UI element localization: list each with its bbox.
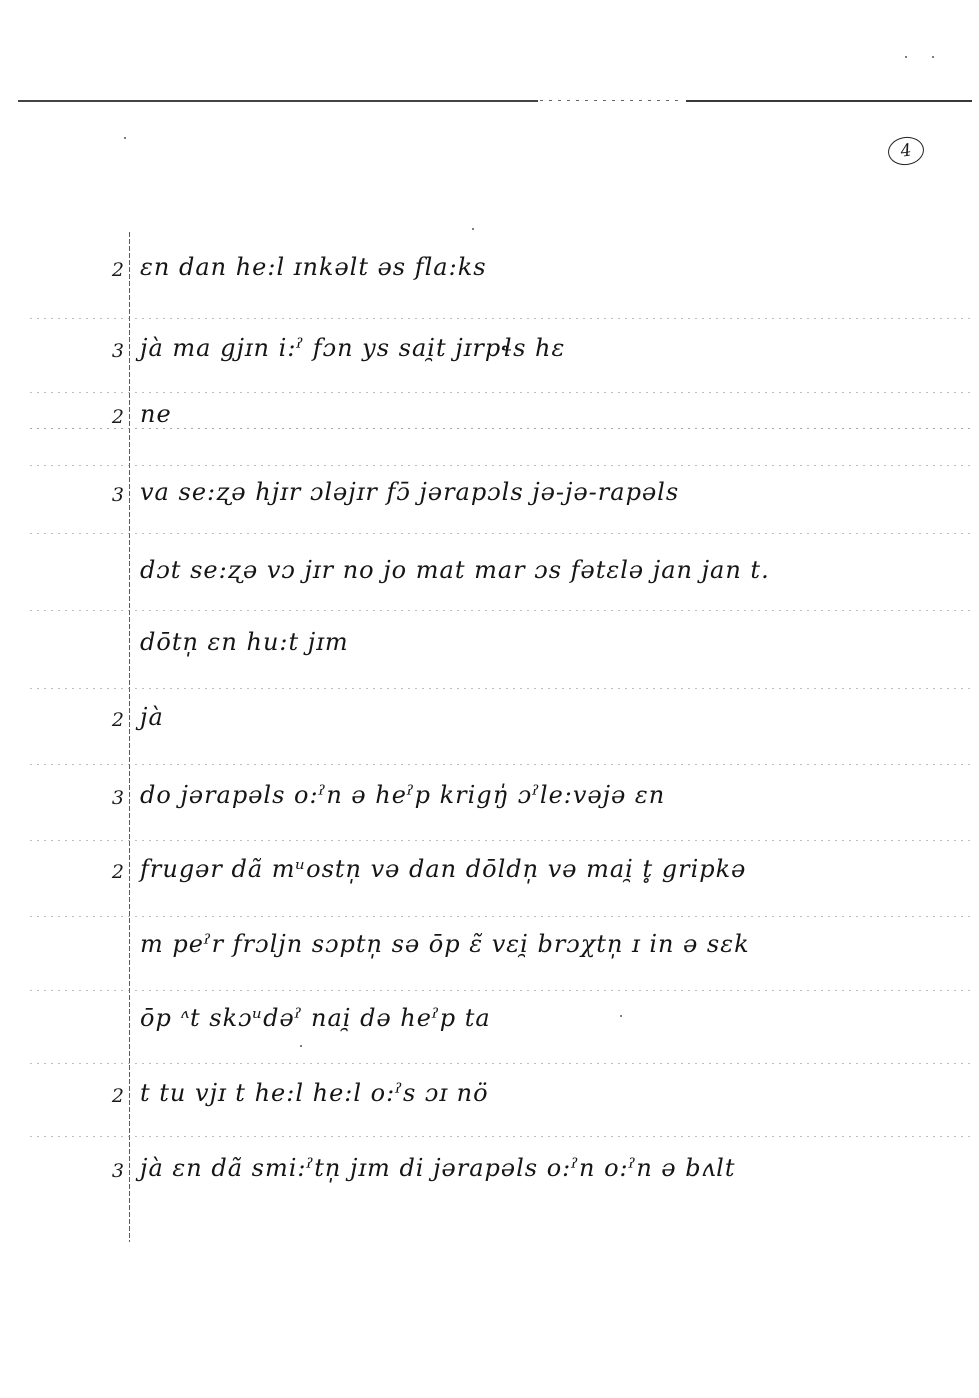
speaker-number: 2 [96,709,124,731]
ruled-line [30,990,970,991]
ruled-line [30,840,970,841]
scan-speck [620,1015,622,1017]
line-text: ne [140,400,172,428]
ruled-line [30,916,970,917]
line-text: ɛn dan he:l ɪnkəlt əs fla:ks [140,253,487,281]
line-text: jà ɛn dã smi:ˀtn̩ jɪm di jərapəls o:ˀn o… [140,1154,736,1182]
scan-speck [472,228,474,230]
top-rule-right [686,100,972,102]
scan-speck [300,1045,302,1047]
line-text: va se:ʐə hjɪr ɔləjɪr fɔ̄ jərapɔls jə-jə-… [140,478,679,506]
speaker-number: 2 [96,1085,124,1107]
transcript-line: 3 do jərapəls o:ˀn ə heˀp krigŋ̍ ɔˀle:və… [0,773,979,813]
scan-speck [905,56,907,58]
transcript-line: 2 frugər dã mᵘostn̩ və dan dōldn̩ və mai… [0,847,979,887]
line-text: frugər dã mᵘostn̩ və dan dōldn̩ və mai̯ … [140,855,746,883]
speaker-number: 2 [96,861,124,883]
transcript-line: ōp ᶺt skɔᵘdəˀ nai̯ də heˀp ta [0,996,979,1036]
ruled-line [30,764,970,765]
ruled-line [30,465,970,466]
scan-speck [124,137,126,139]
line-text: do jərapəls o:ˀn ə heˀp krigŋ̍ ɔˀle:vəjə… [140,781,665,809]
scan-speck [932,56,934,58]
transcript-line: 2 ne [0,392,979,432]
ruled-line [30,610,970,611]
ruled-line [30,1136,970,1137]
speaker-number: 3 [96,1160,124,1182]
transcript-line: 2 jà [0,695,979,735]
top-rule-dotted [540,100,680,101]
line-text: ōp ᶺt skɔᵘdəˀ nai̯ də heˀp ta [140,1004,491,1032]
top-rule-left [18,100,538,102]
ruled-line [30,688,970,689]
transcript-line: dɔt se:ʐə vɔ jɪr no jo mat mar ɔs fətɛlə… [0,548,979,588]
transcript-line: 3 va se:ʐə hjɪr ɔləjɪr fɔ̄ jərapɔls jə-j… [0,470,979,510]
transcript-line: 3 jà ɛn dã smi:ˀtn̩ jɪm di jərapəls o:ˀn… [0,1146,979,1186]
transcript-line: 3 jà ma gjɪn i:ˀ fɔn ys sai̯t jɪrpɬs hɛ [0,326,979,366]
page-number: 4 [899,140,913,161]
speaker-number: 3 [96,787,124,809]
line-text: dɔt se:ʐə vɔ jɪr no jo mat mar ɔs fətɛlə… [140,556,770,584]
transcript-line: 2 ɛn dan he:l ɪnkəlt əs fla:ks [0,245,979,285]
transcript-line: dōtn̩ ɛn hu:t jɪm [0,620,979,660]
line-text: jà [140,703,164,731]
speaker-number: 3 [96,484,124,506]
ruled-line [30,533,970,534]
line-text: t tu vjɪ t he:l he:l o:ˀs ɔɪ nö [140,1079,489,1107]
ruled-line [30,1063,970,1064]
speaker-number: 2 [96,259,124,281]
page-number-circled: 4 [886,135,926,168]
line-text: m peˀr frɔljn sɔptn̩ sə ōp ɛ̃ vɛi̯ brɔχt… [140,930,750,958]
speaker-number: 2 [96,406,124,428]
speaker-number: 3 [96,340,124,362]
line-text: dōtn̩ ɛn hu:t jɪm [140,628,349,656]
ruled-line [30,318,970,319]
transcript-line: 2 t tu vjɪ t he:l he:l o:ˀs ɔɪ nö [0,1071,979,1111]
line-text: jà ma gjɪn i:ˀ fɔn ys sai̯t jɪrpɬs hɛ [140,334,565,362]
transcript-line: m peˀr frɔljn sɔptn̩ sə ōp ɛ̃ vɛi̯ brɔχt… [0,922,979,962]
